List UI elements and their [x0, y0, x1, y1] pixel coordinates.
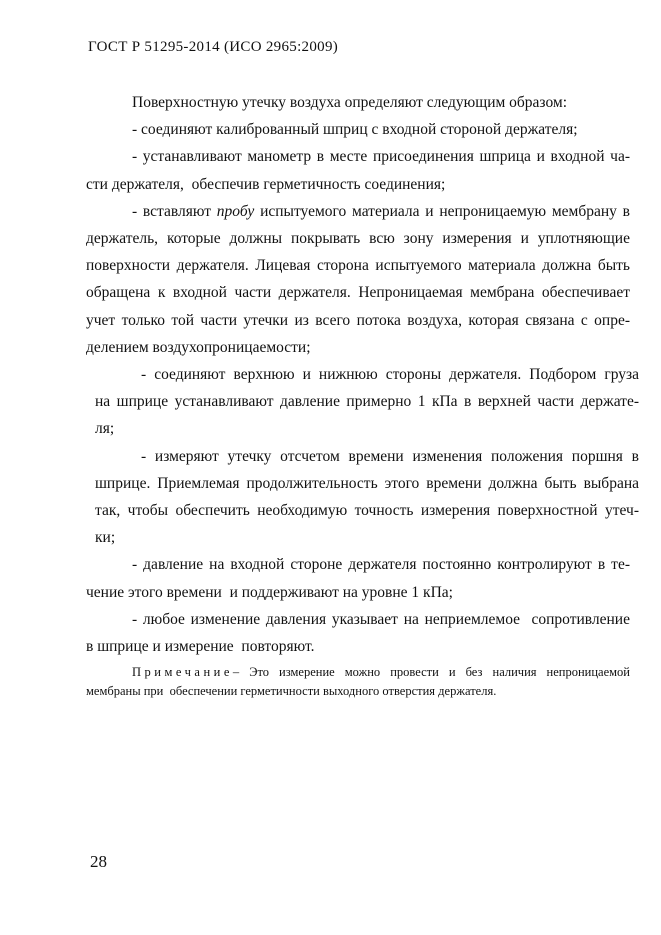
paragraph-line: держатель, которые должны покрывать всю …: [86, 225, 630, 252]
note-block: Примечание– Это измерение можно провести…: [86, 663, 630, 701]
paragraph-line: поверхности держателя. Лицевая сторона и…: [86, 252, 630, 279]
paragraph-line: - соединяют калиброванный шприц с входно…: [86, 116, 630, 143]
paragraph-text: испытуемого материала и непроницаемую ме…: [254, 203, 630, 220]
page-number: 28: [90, 852, 107, 872]
paragraph-line: - давление на входной стороне держателя …: [86, 551, 630, 578]
note-label: Примечание: [132, 665, 233, 679]
note-dash: –: [233, 665, 249, 679]
note-line: мембраны при обеспечении герметичности в…: [86, 682, 630, 701]
paragraph-line: - измеряют утечку отсчетом времени измен…: [95, 443, 639, 470]
italic-term: пробу: [217, 203, 255, 220]
paragraph-line: - соединяют верхнюю и нижнюю стороны дер…: [95, 361, 639, 388]
note-text: Это измерение можно провести и без налич…: [249, 665, 630, 679]
paragraph-line: так, чтобы обеспечить необходимую точнос…: [95, 497, 639, 524]
paragraph-line: - вставляют пробу испытуемого материала …: [86, 198, 630, 225]
paragraph-line: делением воздухопроницаемости;: [86, 334, 630, 361]
paragraph-line: учет только той части утечки из всего по…: [86, 307, 630, 334]
paragraph-line: - любое изменение давления указывает на …: [86, 606, 630, 633]
paragraph-line: в шприце и измерение повторяют.: [86, 633, 630, 660]
paragraph-line: чение этого времени и поддерживают на ур…: [86, 579, 630, 606]
paragraph-line: обращена к входной части держателя. Непр…: [86, 279, 630, 306]
document-page: ГОСТ Р 51295-2014 (ИСО 2965:2009) Поверх…: [0, 0, 661, 935]
paragraph-line: шприце. Приемлемая продолжительность это…: [95, 470, 639, 497]
document-header: ГОСТ Р 51295-2014 (ИСО 2965:2009): [88, 39, 338, 56]
paragraph-line: Поверхностную утечку воздуха определяют …: [86, 89, 630, 116]
note-line: Примечание– Это измерение можно провести…: [86, 663, 630, 682]
document-body: Поверхностную утечку воздуха определяют …: [86, 89, 630, 701]
paragraph-line: - устанавливают манометр в месте присоед…: [86, 143, 630, 170]
paragraph-text: - вставляют: [132, 203, 217, 220]
paragraph-line: ки;: [95, 524, 639, 551]
paragraph-line: сти держателя, обеспечив герметичность с…: [86, 171, 630, 198]
paragraph-line: ля;: [95, 415, 639, 442]
paragraph-line: на шприце устанавливают давление примерн…: [95, 388, 639, 415]
